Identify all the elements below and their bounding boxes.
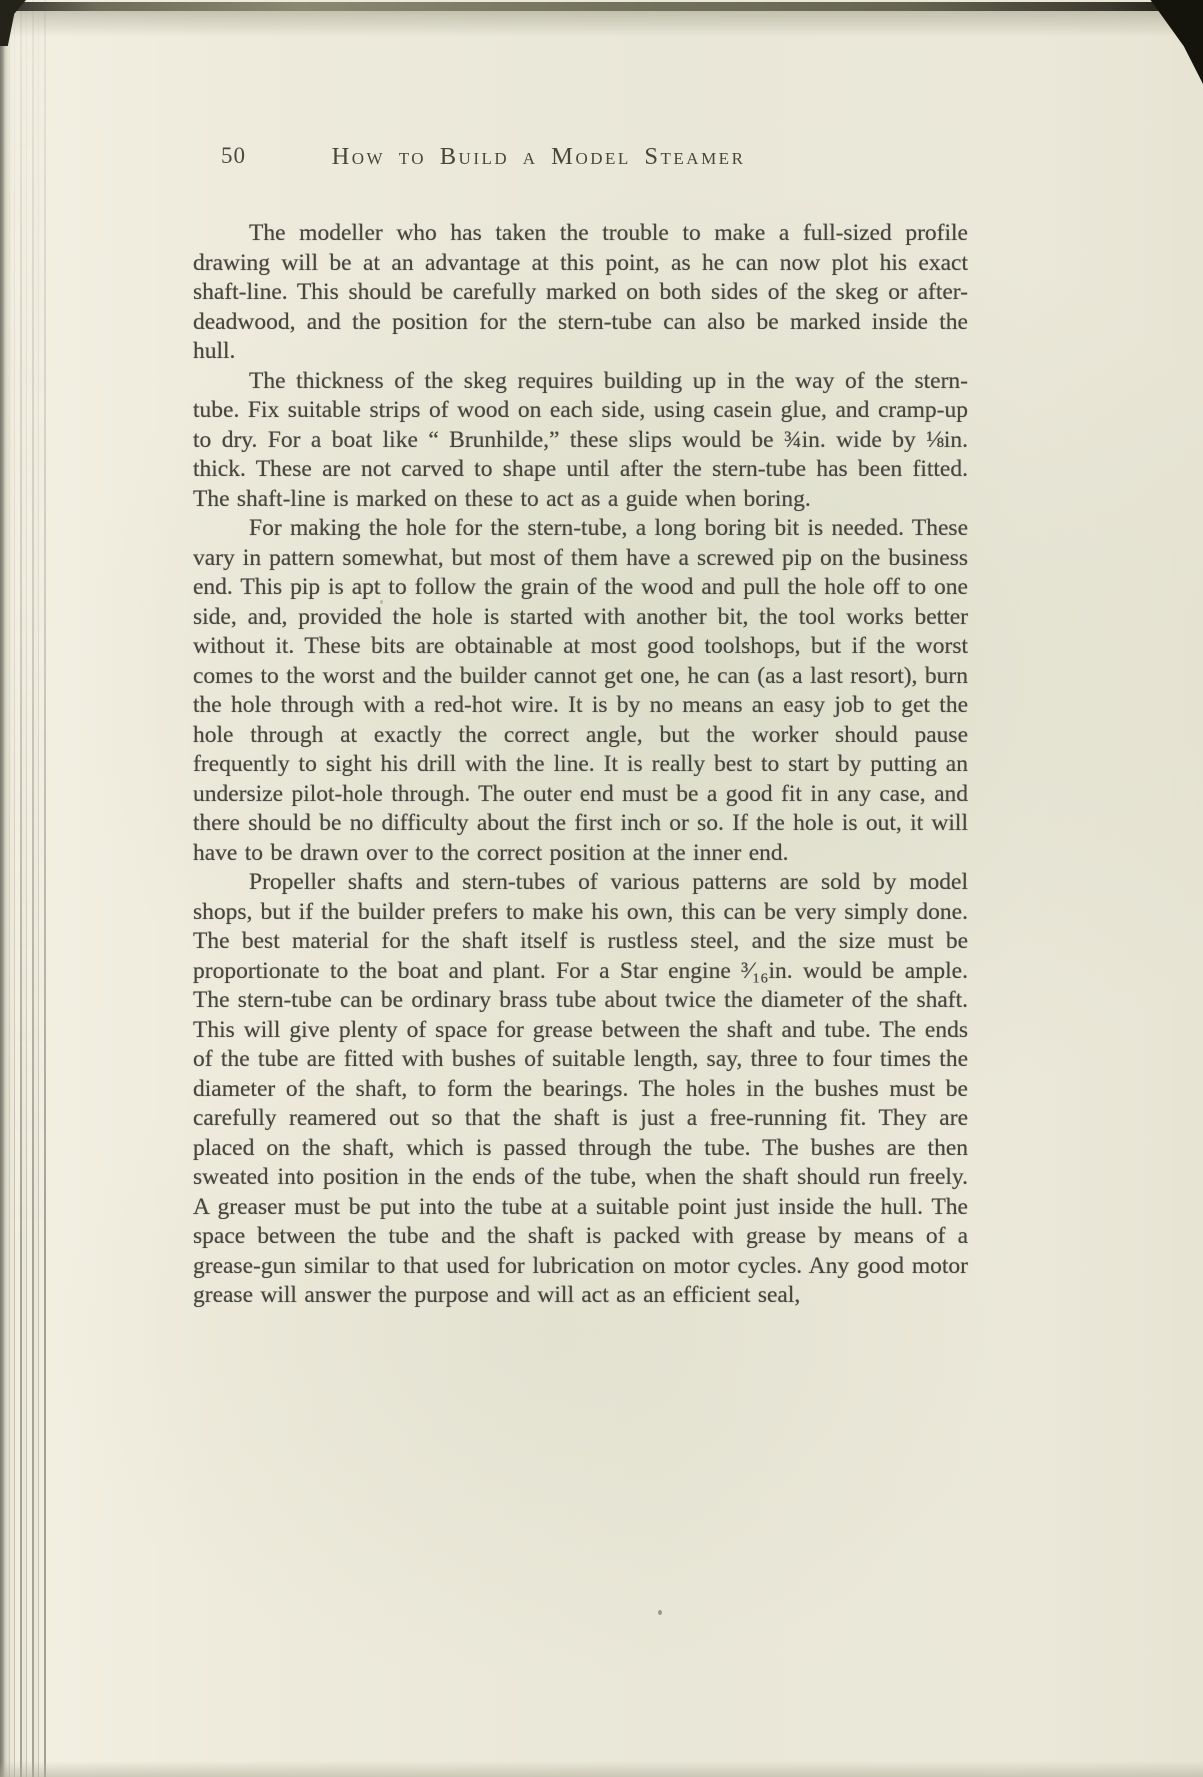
book-page-scan: 50 How to Build a Model Steamer The mode… — [0, 0, 1203, 1777]
book-top-edge — [0, 2, 1203, 11]
paragraph-boring-hole: For making the hole for the stern-tube, … — [193, 514, 968, 868]
paragraph-shaft-line: The modeller who has taken the trouble t… — [193, 219, 968, 367]
body-text: The modeller who has taken the trouble t… — [193, 219, 968, 1311]
bottom-edge-shadow — [0, 1761, 1203, 1777]
paragraph-propeller-shafts: Propeller shafts and stern-tubes of vari… — [193, 868, 968, 1311]
running-title: How to Build a Model Steamer — [151, 143, 926, 171]
book-spine-edge — [0, 0, 12, 1777]
book-left-page-edges — [8, 0, 46, 1777]
paragraph-skeg-thickness: The thickness of the skeg requires build… — [193, 367, 968, 515]
ink-speck — [658, 1610, 662, 1615]
page-content: 50 How to Build a Model Steamer The mode… — [193, 143, 968, 1311]
running-header: 50 How to Build a Model Steamer — [193, 143, 968, 173]
top-edge-shadow — [0, 11, 1203, 37]
